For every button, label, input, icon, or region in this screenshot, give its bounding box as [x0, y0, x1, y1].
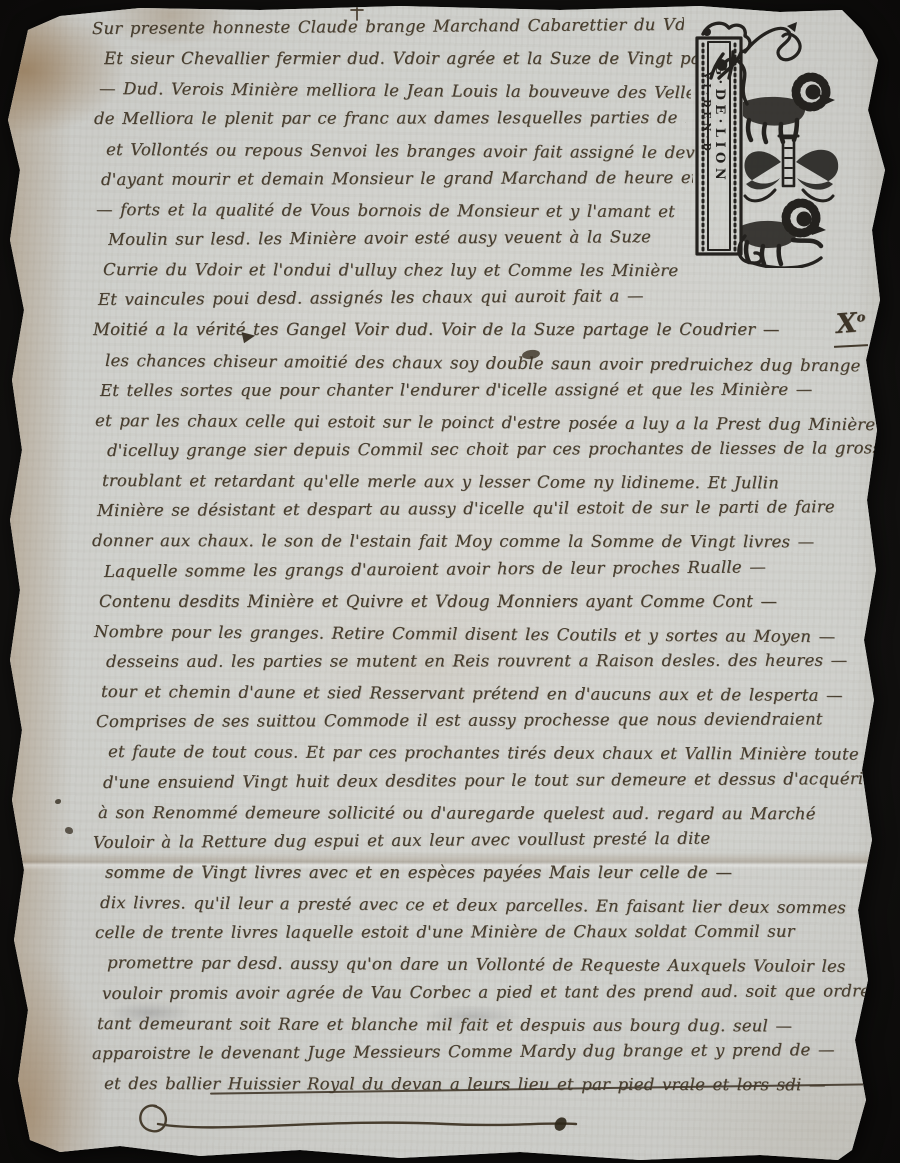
manuscript-line: Vouloir à la Retture dug espui et aux le…	[93, 822, 870, 858]
manuscript-line: Laquelle somme les grangs d'auroient avo…	[104, 551, 870, 586]
manuscript-line: apparoistre le devenant Juge Messieurs C…	[92, 1035, 870, 1069]
manuscript-line: Moulin sur lesd. les Minière avoir esté …	[108, 222, 700, 255]
manuscript-line: Comprises de ses suittou Commode il est …	[96, 705, 870, 738]
manuscript-line: celle de trente livres laquelle estoit d…	[95, 917, 870, 948]
closing-paraph-icon	[126, 1094, 586, 1138]
manuscript-line: vouloir promis avoir agrée de Vau Corbec…	[102, 976, 870, 1009]
manuscript-line: Minière se désistant et despart au aussy…	[97, 492, 870, 526]
paper-sheet: Sur presente honneste Claude brange Marc…	[0, 0, 900, 1163]
manuscript-line: Et vaincules poui desd. assignés les cha…	[98, 280, 870, 316]
manuscript-line: desseins aud. les parties se mutent en R…	[106, 646, 870, 677]
manuscript-line: Contenu desdits Minière et Quivre et Vdo…	[99, 587, 870, 617]
margin-x-mark-superscript: o	[856, 310, 866, 326]
manuscript-line: Et telles sortes que pour chanter l'endu…	[100, 374, 870, 405]
tax-stamp: VI·DEN·D G·DE·LION	[693, 12, 865, 268]
fleur-de-lis-icon	[745, 136, 839, 201]
manuscript-line: d'une ensuiend Vingt huit deux desdites …	[103, 763, 870, 797]
manuscript-line: d'icelluy grange sier depuis Commil sec …	[107, 433, 870, 466]
cross-mark-icon	[348, 3, 366, 23]
manuscript-line: somme de Vingt livres avec et en espèces…	[105, 858, 870, 888]
lower-lion-icon	[739, 203, 826, 268]
margin-x-mark: Xo	[835, 309, 866, 338]
stamp-outer-inscription: VI·DEN·D	[701, 71, 712, 155]
manuscript-line: Moitié a la vérité tes Gangel Voir dud. …	[93, 315, 870, 345]
margin-x-mark-letter: X	[835, 308, 858, 340]
ink-spot	[65, 827, 73, 834]
photograph-background: Sur presente honneste Claude brange Marc…	[0, 0, 900, 1163]
manuscript-line: Et sieur Chevallier fermier dud. Vdoir a…	[104, 44, 696, 74]
paper-shadow-wrap: Sur presente honneste Claude brange Marc…	[0, 0, 900, 1163]
manuscript-line: de Melliora le plenit par ce franc aux d…	[94, 103, 686, 134]
stamp-banner: VI·DEN·D G·DE·LION	[697, 38, 741, 254]
manuscript-line: d'ayant mourir et demain Monsieur le gra…	[101, 163, 693, 195]
manuscript-line: Sur presente honneste Claude brange Marc…	[92, 10, 684, 44]
serpent-tail-icon	[745, 22, 800, 60]
ink-spot	[55, 799, 61, 804]
stamp-inner-inscription: G·DE·LION	[712, 64, 727, 184]
